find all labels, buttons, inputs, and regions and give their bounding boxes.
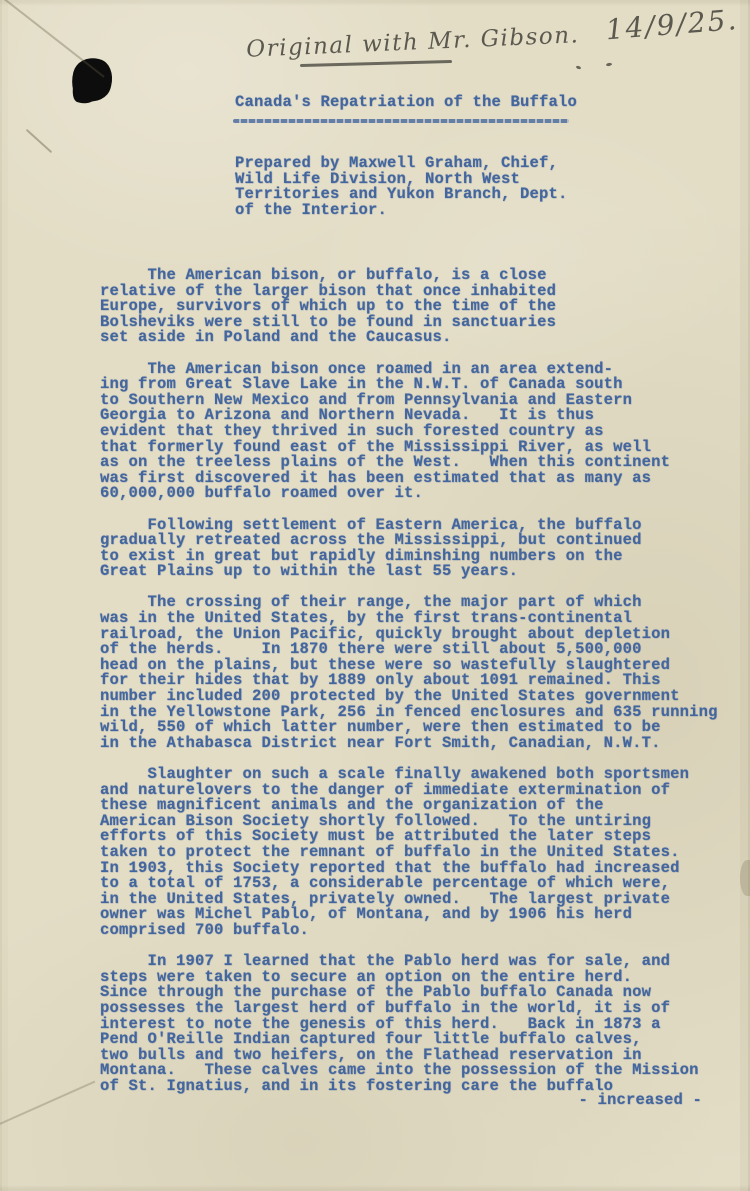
paper-tear-right-edge [740, 860, 750, 896]
paragraph-5: Slaughter on such a scale finally awaken… [100, 767, 718, 939]
document-title: Canada's Repatriation of the Buffalo [235, 95, 577, 111]
title-underline-rule [233, 119, 569, 123]
document-page: Original with Mr. Gibson. 14/9/25. Canad… [0, 0, 750, 1191]
byline: Prepared by Maxwell Graham, Chief, Wild … [235, 156, 568, 218]
paper-crease-top-left [1, 0, 104, 77]
paragraph-1: The American bison, or buffalo, is a clo… [100, 268, 718, 346]
paper-crease-left [26, 129, 53, 153]
catchword-increased: - increased - [0, 1093, 702, 1109]
paragraph-6: In 1907 I learned that the Pablo herd wa… [100, 954, 718, 1094]
document-body: The American bison, or buffalo, is a clo… [100, 268, 718, 1094]
ink-speck [576, 65, 582, 70]
ink-blot [67, 54, 116, 106]
handwritten-annotation: Original with Mr. Gibson. 14/9/25. [246, 9, 740, 63]
paragraph-4: The crossing of their range, the major p… [100, 595, 718, 751]
annotation-date: 14/9/25. [605, 3, 740, 46]
ink-speck [606, 63, 612, 67]
paragraph-3: Following settlement of Eastern America,… [100, 518, 718, 580]
paragraph-2: The American bison once roamed in an are… [100, 362, 718, 502]
annotation-underline [300, 60, 452, 66]
annotation-text: Original with Mr. Gibson. [246, 22, 580, 63]
